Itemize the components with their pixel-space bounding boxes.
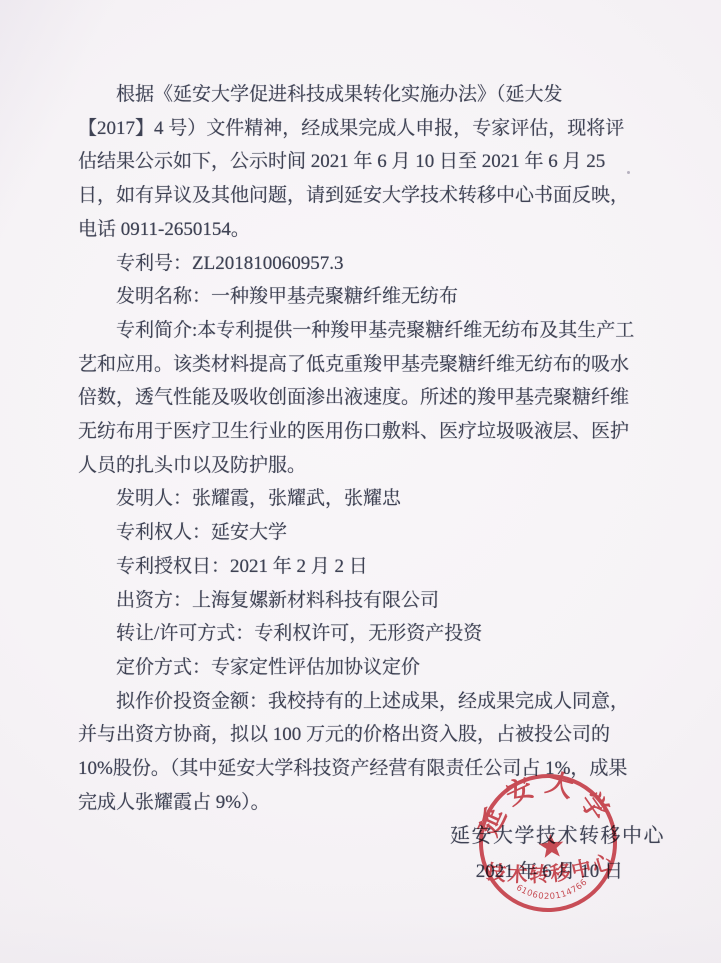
- scanned-document-page: 根据《延安大学促进科技成果转化实施办法》（延大发 【2017】4 号）文件精神，…: [0, 0, 721, 963]
- invention-name-line: 发明名称：一种羧甲基壳聚糖纤维无纺布: [78, 280, 702, 314]
- signature-date: 2021 年 6 月 10 日: [450, 862, 623, 881]
- paragraph-intro: 根据《延安大学促进科技成果转化实施办法》（延大发 【2017】4 号）文件精神，…: [78, 78, 702, 247]
- transfer-mode-line: 转让/许可方式：专利权许可，无形资产投资: [78, 617, 702, 651]
- investment-amount-paragraph: 拟作价投资金额：我校持有的上述成果，经成果完成人同意， 并与出资方协商，拟以 1…: [78, 685, 702, 820]
- signature-block: 延安大学技术转移中心 2021 年 6 月 10 日: [450, 826, 665, 881]
- document-body: 根据《延安大学促进科技成果转化实施办法》（延大发 【2017】4 号）文件精神，…: [78, 78, 702, 819]
- grant-date-line: 专利授权日：2021 年 2 月 2 日: [78, 550, 702, 584]
- patent-abstract-paragraph: 专利简介:本专利提供一种羧甲基壳聚糖纤维无纺布及其生产工 艺和应用。该类材料提高…: [78, 314, 702, 483]
- patent-number-line: 专利号：ZL201810060957.3: [78, 247, 702, 281]
- pricing-mode-line: 定价方式：专家定性评估加协议定价: [78, 651, 702, 685]
- investor-line: 出资方：上海复嫘新材料科技有限公司: [78, 584, 702, 618]
- signature-org: 延安大学技术转移中心: [450, 826, 665, 846]
- inventors-line: 发明人：张耀霞，张耀武，张耀忠: [78, 482, 702, 516]
- patentee-line: 专利权人：延安大学: [78, 516, 702, 550]
